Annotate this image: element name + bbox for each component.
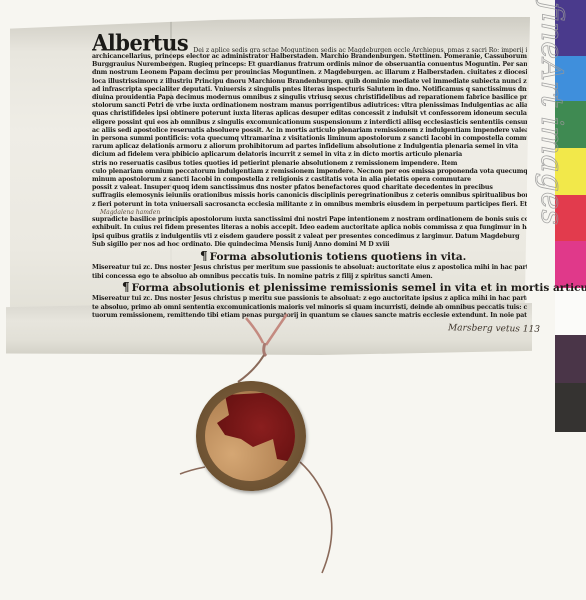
text-line: archicancellarius, princeps elector ac a… (92, 53, 527, 61)
text-line: in persona summi pontificis: vota quecum… (92, 135, 527, 143)
text-line: ac aliis sedi apostolice reseruatis abso… (92, 127, 527, 135)
title-word: Albertus (92, 33, 188, 53)
text-line: tuorum remissionem, remittendo tibi etia… (92, 312, 527, 320)
text-line: Burggrauius Nurembergen. Rugieq princeps… (92, 61, 527, 69)
pilcrow-icon: ¶ (122, 280, 130, 294)
heading-2-text: Forma absolutionis et plenissime remissi… (132, 282, 586, 294)
fold-annotation: Marsberg vetus 113 (448, 323, 540, 335)
heading-absolution-2: ¶Forma absolutionis et plenissime remiss… (122, 281, 527, 295)
text-line: tibi concessa ego te absoluo ab omnibus … (92, 273, 527, 281)
text-line: z fieri poterunt in tota vniuersali sacr… (92, 201, 527, 209)
text-line: possit z valeat. Insuper quoq idem sanct… (92, 184, 527, 192)
text-line: culo plenariam omnium peccatorum indulge… (92, 168, 527, 176)
text-line: minum apostolorum z sancti Iacobi in com… (92, 176, 527, 184)
watermark-text: fineArt images (539, 2, 569, 252)
text-line: loca illustrissimoru z illustriu Princip… (92, 78, 527, 86)
text-line: Misereatur tui zc. Dns noster Jesus chri… (92, 295, 527, 303)
text-line: quas christifideles ipsi obtinere poteru… (92, 110, 527, 118)
text-line: Sub sigillo per nos ad hoc ordinato. Die… (92, 241, 527, 249)
text-line: dnm nostrum Leonem Papam decimu per prou… (92, 69, 527, 77)
text-line: suffragiis elemosynis ieiuniis orationib… (92, 192, 527, 200)
text-line: ad infrascripta specialiter deputati. Vn… (92, 86, 527, 94)
text-line: te absoluo, primo ab omni sententia exco… (92, 304, 527, 312)
text-line: supradicte basilice principis apostoloru… (92, 216, 527, 224)
text-line: stolorum sancti Petri de vrbe iuxta ordi… (92, 102, 527, 110)
misereatur-1: Misereatur tui zc. Dns noster Jesus chri… (92, 264, 527, 281)
text-line: stris no reseruatis casibus toties quoti… (92, 160, 527, 168)
color-swatch-white (555, 288, 586, 335)
text-line: eligere possint qui eos ab omnibus z sin… (92, 119, 527, 127)
color-swatch-dark-gray (555, 383, 586, 432)
text-line: diuina prouidentia Papa decimus modernus… (92, 94, 527, 102)
seal-wax (217, 391, 295, 471)
text-line: Misereatur tui zc. Dns noster Jesus chri… (92, 264, 527, 272)
body-lines: archicancellarius, princeps elector ac a… (92, 53, 527, 209)
wax-seal (196, 381, 306, 491)
text-line: ipsi quibus gratiis z indulgentiis vti z… (92, 233, 527, 241)
lines-after-name: supradicte basilice principis apostoloru… (92, 216, 527, 250)
heading-1-text: Forma absolutionis totiens quotiens in v… (210, 251, 467, 263)
text-line: rarum aplicaz delationis armoru z alioru… (92, 143, 527, 151)
indulgence-text: Albertus Dei z aplice sedis gra sctae Mo… (92, 33, 527, 320)
pilcrow-icon: ¶ (200, 249, 208, 263)
misereatur-2: Misereatur tui zc. Dns noster Jesus chri… (92, 295, 527, 320)
heading-absolution-1: ¶Forma absolutionis totiens quotiens in … (200, 250, 527, 264)
color-swatch-dark-purple (555, 335, 586, 383)
handwritten-name: Magdalena hamden (100, 209, 527, 216)
text-line: exhibuit. In cuius rei fidem presentes l… (92, 224, 527, 232)
text-line: dicium ad fidelem vera pbibicio aplicaru… (92, 151, 527, 159)
seal-capsule (205, 391, 295, 481)
